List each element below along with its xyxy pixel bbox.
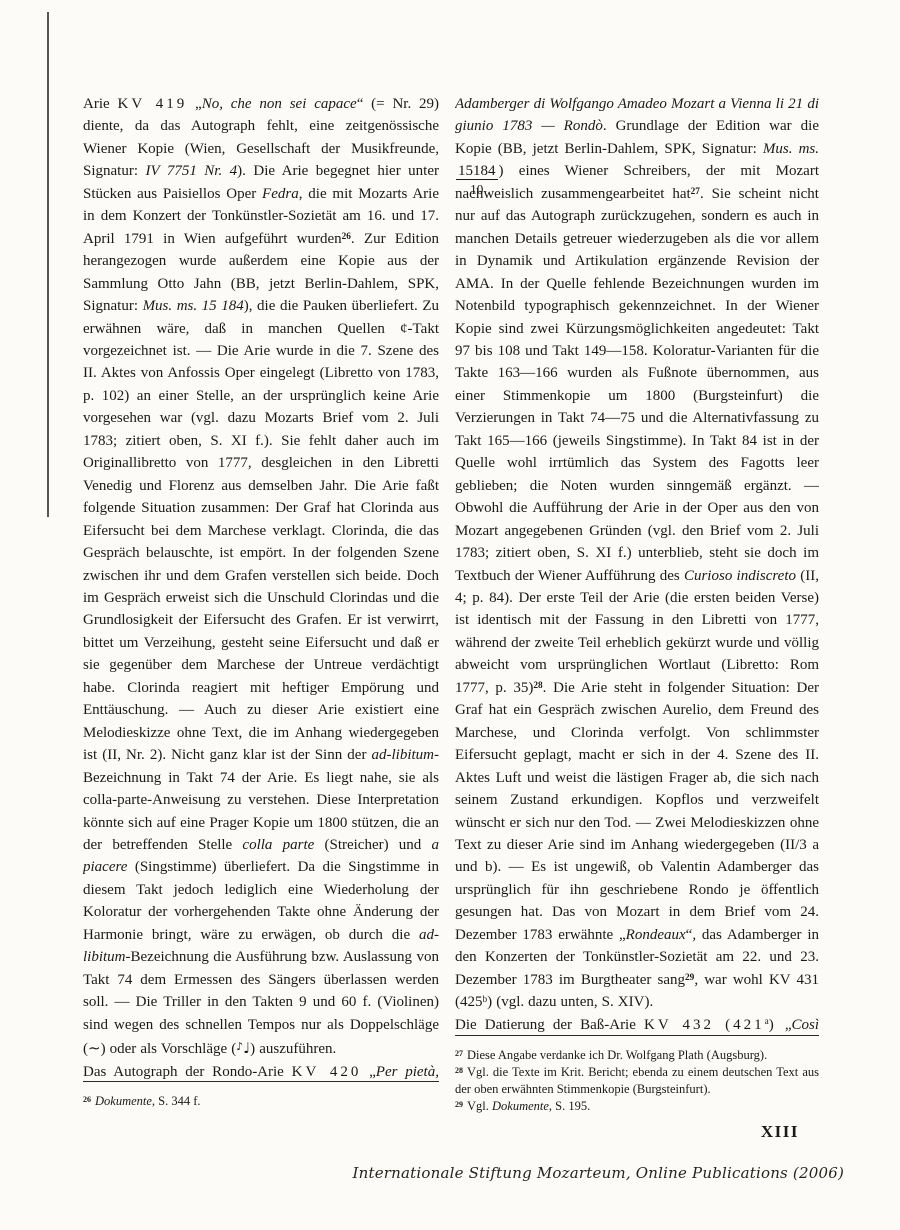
- left-column: Arie KV 419 „No, che non sei capace“ (= …: [83, 93, 439, 1230]
- footnote-text: Diese Angabe verdanke ich Dr. Wolfgang P…: [467, 1048, 767, 1062]
- page-number: XIII: [761, 1122, 799, 1142]
- footnote-28: 28Vgl. die Texte im Krit. Bericht; ebend…: [455, 1064, 819, 1098]
- right-column: Adamberger di Wolfgango Amadeo Mozart a …: [455, 93, 819, 1230]
- footnote-text: Vgl. die Texte im Krit. Bericht; ebenda …: [455, 1065, 819, 1096]
- footnote-marker: 28: [455, 1066, 463, 1075]
- footer-publication-line: Internationale Stiftung Mozarteum, Onlin…: [353, 1164, 844, 1182]
- footnote-text: Dokumente, S. 344 f.: [95, 1094, 201, 1108]
- paragraph-kv419: Arie KV 419 „No, che non sei capace“ (= …: [83, 93, 439, 1061]
- footnote-marker: 27: [455, 1049, 463, 1058]
- left-footnote-block: 26Dokumente, S. 344 f.: [83, 1081, 439, 1151]
- footnote-marker: 29: [455, 1100, 463, 1109]
- shelfmark-fraction: 1518410: [456, 160, 498, 182]
- paragraph-kv420: Das Autograph der Rondo-Arie KV 420 „Per…: [83, 1061, 439, 1081]
- paragraph-kv431: Adamberger di Wolfgango Amadeo Mozart a …: [455, 93, 819, 1014]
- footnote-27: 27Diese Angabe verdanke ich Dr. Wolfgang…: [455, 1047, 819, 1064]
- footnote-rule: [83, 1081, 439, 1082]
- footnote-rule: [455, 1035, 819, 1036]
- right-footnote-block: 27Diese Angabe verdanke ich Dr. Wolfgang…: [455, 1035, 819, 1119]
- scanned-page: Arie KV 419 „No, che non sei capace“ (= …: [0, 0, 900, 1230]
- scan-artifact-line: [47, 12, 49, 517]
- footnote-29: 29Vgl. Dokumente, S. 195.: [455, 1098, 819, 1115]
- left-column-body: Arie KV 419 „No, che non sei capace“ (= …: [83, 93, 439, 1081]
- two-column-text-area: Arie KV 419 „No, che non sei capace“ (= …: [83, 93, 819, 1230]
- footnote-26: 26Dokumente, S. 344 f.: [83, 1093, 439, 1110]
- paragraph-kv432: Die Datierung der Baß-Arie KV 432 (421a)…: [455, 1014, 819, 1037]
- footnote-marker: 26: [83, 1095, 91, 1104]
- footnote-text: Vgl. Dokumente, S. 195.: [467, 1099, 590, 1113]
- right-column-body: Adamberger di Wolfgango Amadeo Mozart a …: [455, 93, 819, 1037]
